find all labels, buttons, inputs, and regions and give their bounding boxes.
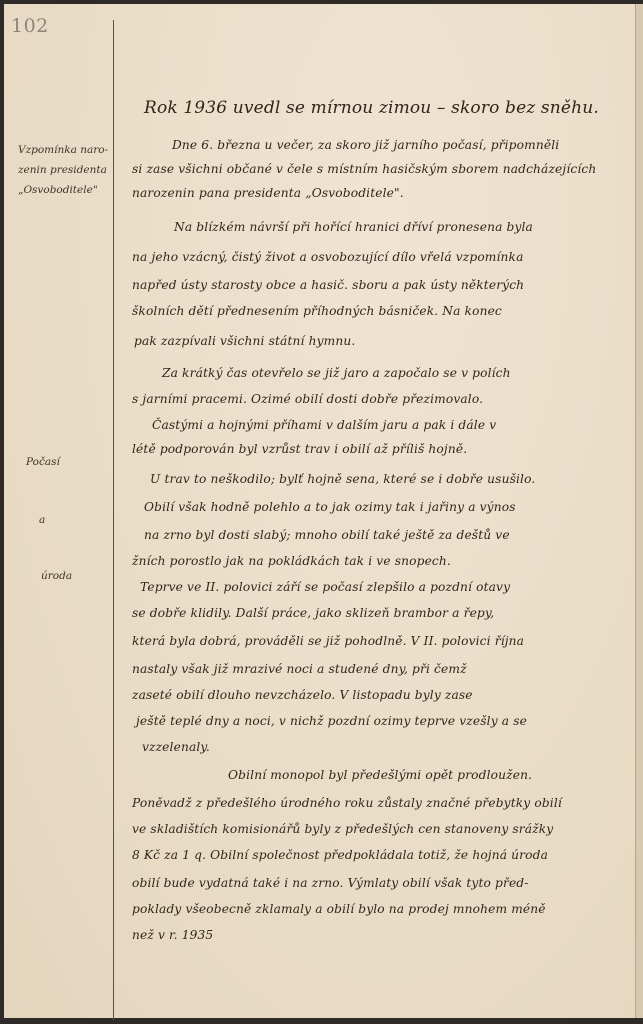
margin-note-line: Vzpomínka naro- [18, 140, 108, 160]
page-edge [635, 4, 643, 1018]
margin-note-line: „Osvoboditele" [18, 180, 108, 200]
text-line: létě podporován byl vzrůst trav i obilí … [132, 442, 467, 456]
text-line: U trav to neškodilo; bylť hojně sena, kt… [150, 472, 535, 486]
text-line: pak zazpívali všichni státní hymnu. [134, 334, 355, 348]
text-line: Za krátký čas otevřelo se již jaro a zap… [162, 366, 511, 380]
text-line: Obilní monopol byl předešlými opět prodl… [228, 768, 532, 782]
text-line: nastaly však již mrazivé noci a studené … [132, 662, 467, 676]
margin-note: Počasí [26, 452, 60, 472]
text-line: narozenin pana presidenta „Osvoboditele"… [132, 186, 404, 200]
text-line: než v r. 1935 [132, 928, 213, 942]
text-line: žních porostlo jak na pokládkách tak i v… [132, 554, 451, 568]
text-line: Na blízkém návrší při hořící hranici dří… [174, 220, 533, 234]
margin-note-line: a [39, 510, 45, 530]
entry-heading: Rok 1936 uvedl se mírnou zimou – skoro b… [144, 98, 599, 118]
text-line: napřed ústy starosty obce a hasič. sboru… [132, 278, 524, 292]
text-line: která byla dobrá, prováděli se již pohod… [132, 634, 524, 648]
margin-note-line: Počasí [26, 452, 60, 472]
text-line: Poněvadž z předešlého úrodného roku zůst… [132, 796, 562, 810]
text-line: ještě teplé dny a noci, v nichž pozdní o… [136, 714, 527, 728]
text-line: na jeho vzácný, čistý život a osvobozují… [132, 250, 524, 264]
text-line: ve skladištích komisionářů byly z předeš… [132, 822, 553, 836]
margin-rule [113, 20, 114, 1020]
text-line: 8 Kč za 1 q. Obilní společnost předpoklá… [132, 848, 548, 862]
text-line: na zrno byl dosti slabý; mnoho obilí tak… [144, 528, 510, 542]
text-line: obilí bude vydatná také i na zrno. Výmla… [132, 876, 529, 890]
text-line: si zase všichni občané v čele s místním … [132, 162, 596, 176]
text-line: s jarními pracemi. Ozimé obilí dosti dob… [132, 392, 483, 406]
text-line: Dne 6. března u večer, za skoro již jarn… [172, 138, 559, 152]
text-line: se dobře klidily. Další práce, jako skli… [132, 606, 494, 620]
margin-note: a [39, 510, 45, 530]
margin-note-line: úroda [41, 566, 72, 586]
margin-note: úroda [41, 566, 72, 586]
margin-note: Vzpomínka naro-zenin presidenta„Osvobodi… [18, 140, 108, 200]
margin-note-line: zenin presidenta [18, 160, 108, 180]
page-number: 102 [11, 15, 49, 37]
text-line: vzzelenaly. [142, 740, 210, 754]
text-line: Častými a hojnými příhami v dalším jaru … [152, 418, 496, 432]
text-line: Obilí však hodně polehlo a to jak ozimy … [144, 500, 516, 514]
text-line: poklady všeobecně zklamaly a obilí bylo … [132, 902, 546, 916]
text-line: školních dětí přednesením příhodných bás… [132, 304, 502, 318]
text-line: Teprve ve II. polovici září se počasí zl… [140, 580, 510, 594]
text-line: zaseté obilí dlouho nevzcházelo. V listo… [132, 688, 473, 702]
